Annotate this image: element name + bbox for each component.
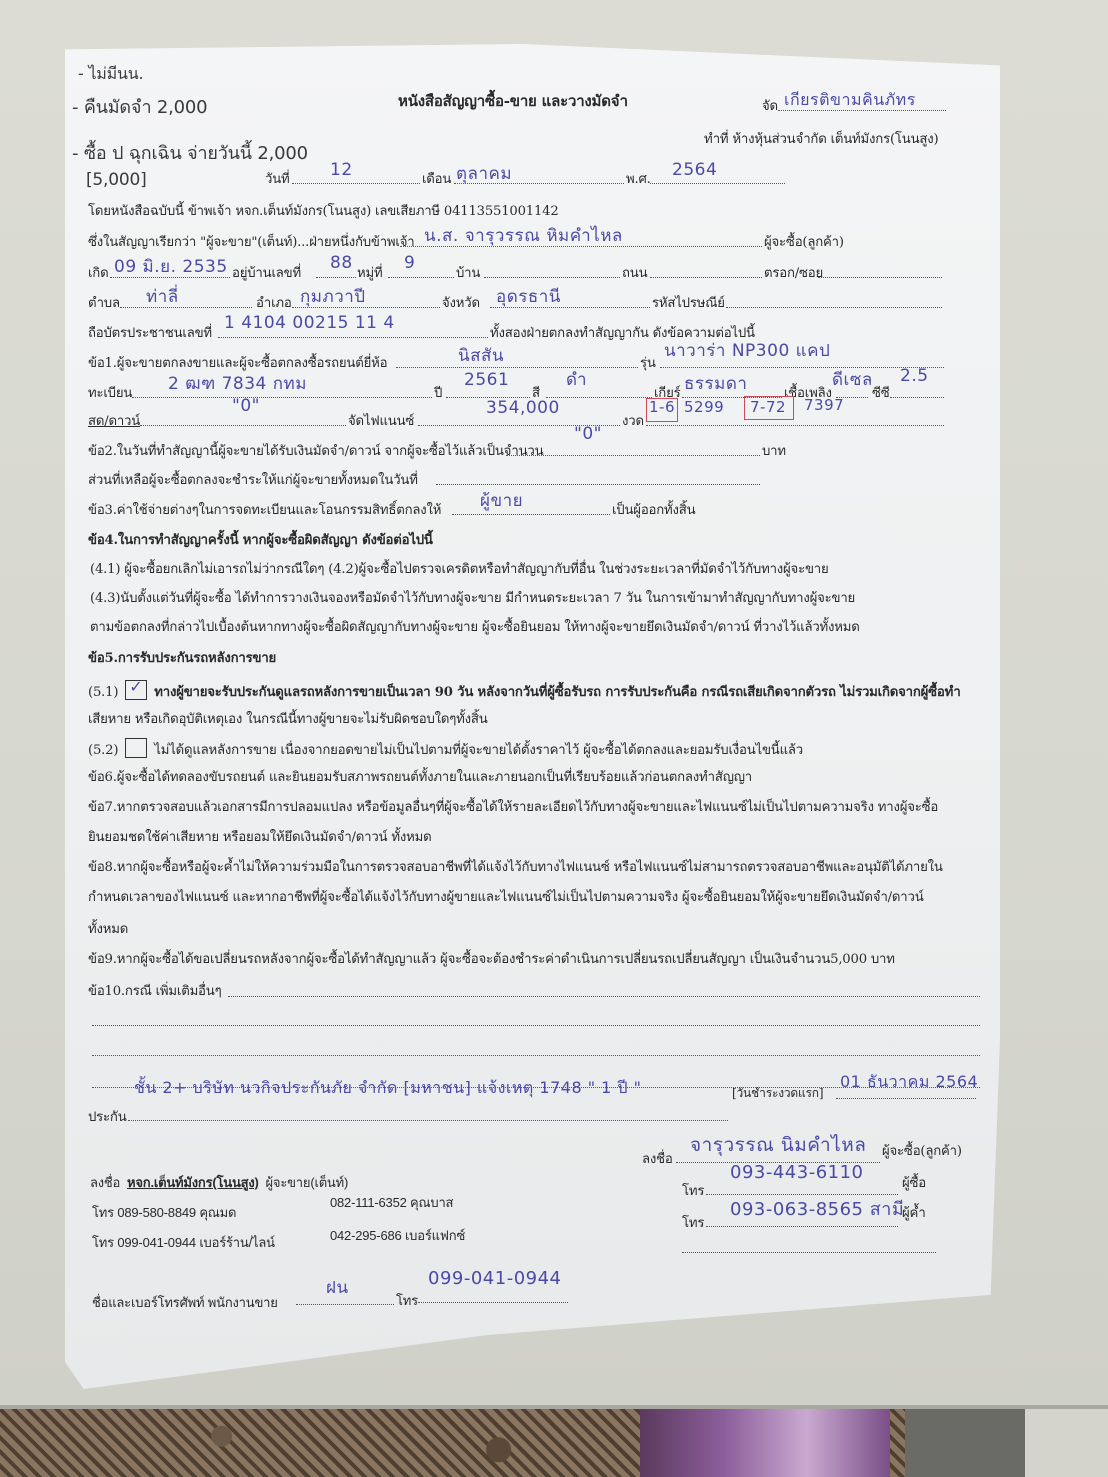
dotted-line [650, 183, 785, 184]
buyer-signature: จารุวรรณ นิมคำไหล [690, 1130, 866, 1160]
dotted-line [120, 307, 252, 308]
dotted-line [452, 514, 610, 515]
seller-sign: ลงชื่อ หจก.เต็นท์มังกร(โนนสูง) ผู้จะขาย(… [90, 1172, 348, 1193]
dotted-line [388, 277, 454, 278]
province-value: อุดรธานี [496, 283, 561, 310]
wall [1025, 1409, 1108, 1477]
seller-sign-label: ลงชื่อ [90, 1175, 120, 1190]
car-year: 2561 [464, 370, 509, 390]
installment-amount: 5299 [684, 398, 724, 416]
dotted-line [726, 307, 942, 308]
buyer-role: ผู้จะซื้อ(ลูกค้า) [764, 231, 844, 252]
table-leg [905, 1409, 1025, 1477]
clause3-suffix: เป็นผู้ออกทั้งสิ้น [612, 499, 695, 520]
margin-note: - คืนมัดจำ 2,000 [72, 92, 207, 121]
id-value: 1 4104 00215 11 4 [224, 313, 395, 333]
dotted-line [316, 277, 356, 278]
installment-amount: 7397 [804, 396, 844, 414]
seller-phone: โทร 099-041-0944 เบอร์ร้าน/ไลน์ [92, 1232, 275, 1253]
installment-label: งวด [622, 410, 644, 431]
clause8-line: กำหนดเวลาของไฟแนนซ์ และหากอาชีพที่ผู้จะซ… [88, 886, 924, 907]
model-label: รุ่น [640, 352, 656, 373]
buyer-tel-role: ผู้ซื้อ [902, 1172, 926, 1193]
margin-note: - ซื้อ ป ฉุกเฉิน จ่ายวันนี้ 2,000 [72, 138, 308, 167]
tel-label: โทร [682, 1180, 704, 1201]
buyer-sign-label: ลงชื่อ [642, 1148, 673, 1169]
seller-fax: 042-295-686 เบอร์แฟกซ์ [330, 1225, 465, 1246]
cc-label: ซีซี [872, 382, 890, 403]
postal-label: รหัสไปรษณีย์ [652, 292, 725, 313]
month-label: เดือน [422, 168, 451, 189]
clause2-line: ข้อ2.ในวันที่ทำสัญญานี้ผู้จะขายได้รับเงิ… [88, 440, 543, 461]
clause10: ข้อ10.กรณี เพิ่มเติมอื่นๆ [88, 980, 221, 1001]
id-label: ถือบัตรประชาชนเลขที่ [88, 322, 212, 343]
salesperson-label: ชื่อและเบอร์โทรศัพท์ พนักงานขาย [92, 1292, 278, 1313]
dotted-line [682, 1252, 936, 1253]
first-due-label: [วันชำระงวดแรก] [732, 1084, 823, 1103]
clause7-line: ข้อ7.หากตรวจสอบแล้วเอกสารมีการปลอมแปลง ห… [88, 796, 938, 817]
warranty-90-days-checkbox[interactable]: ✓ [125, 680, 147, 700]
seller-phone: 082-111-6352 คุณบาส [330, 1192, 453, 1213]
birth-label: เกิด [88, 262, 108, 283]
birth-value: 09 มิ.ย. 2535 [114, 253, 228, 280]
dotted-line [818, 277, 942, 278]
dotted-line [292, 183, 420, 184]
house-value: 88 [330, 253, 353, 273]
dotted-line [92, 1055, 980, 1056]
dotted-line [484, 277, 620, 278]
province-label: จังหวัด [442, 292, 480, 313]
seller-role: ผู้จะขาย(เต็นท์) [266, 1175, 349, 1190]
clause7-line: ยินยอมชดใช้ค่าเสียหาย หรือยอมให้ยึดเงินม… [88, 826, 431, 847]
dotted-line [890, 397, 944, 398]
tel-label: โทร [682, 1212, 704, 1233]
reg-label: ทะเบียน [88, 382, 132, 403]
tambon-value: ท่าลี่ [146, 283, 179, 310]
car-model: นาวาร่า NP300 แคป [664, 337, 830, 364]
car-gear: ธรรมดา [684, 370, 747, 397]
intro-line: ซึ่งในสัญญาเรียกว่า "ผู้จะขาย"(เต็นท์)..… [88, 231, 414, 252]
road-label: ถนน [622, 262, 647, 283]
moo-label: หมู่ที่ [357, 262, 382, 283]
village-label: บ้าน [456, 262, 480, 283]
amphoe-label: อำเภอ [256, 292, 292, 313]
dotted-line [140, 425, 346, 426]
option-label: (5.2) [88, 743, 118, 758]
dotted-line [92, 1025, 980, 1026]
down-label: สด/ดาวน์ [88, 410, 140, 431]
no-warranty-checkbox[interactable] [125, 738, 147, 758]
clause4-line: (4.1) ผู้จะซื้อยกเลิกไม่เอารถไม่ว่ากรณีใ… [90, 558, 829, 579]
day-label: วันที่ [265, 168, 290, 189]
year-label: พ.ศ. [626, 168, 651, 189]
car-brand: นิสสัน [458, 342, 504, 369]
finance-label: จัดไฟแนนซ์ [348, 410, 414, 431]
document-title: หนังสือสัญญาซื้อ-ขาย และวางมัดจำ [398, 89, 628, 113]
guarantor-tel-role: ผู้ค้ำ [902, 1202, 926, 1223]
dotted-line [646, 425, 944, 426]
option-label: (5.1) [88, 685, 118, 700]
dotted-line [218, 337, 488, 338]
clause5-option-2: (5.2) ไม่ได้ดูแลหลังการขาย เนื่องจากยอดข… [88, 738, 803, 760]
tambon-label: ตำบล [88, 292, 120, 313]
salesperson-tel-label: โทร [396, 1290, 418, 1311]
seller-name: หจก.เต็นท์มังกร(โนนสูง) [127, 1175, 259, 1190]
clause3-value: ผู้ขาย [480, 487, 523, 514]
clause8-line: ทั้งหมด [88, 918, 128, 939]
dotted-line [132, 397, 432, 398]
seller-phone: โทร 089-580-8849 คุณมด [92, 1202, 236, 1223]
salesperson-tel: 099-041-0944 [428, 1268, 562, 1289]
floor-background [0, 1409, 1108, 1477]
made-at-value: เกียรติขามคินภัทร [784, 88, 916, 113]
dotted-line [128, 1120, 728, 1121]
clause2-line: ส่วนที่เหลือผู้จะซื้อตกลงจะชำระให้แก่ผู้… [88, 469, 418, 490]
dotted-line [506, 455, 760, 456]
year-label: ปี [434, 382, 442, 403]
insurance-label: ประกัน [88, 1106, 127, 1127]
clause5-title: ข้อ5.การรับประกันรถหลังการขาย [88, 647, 276, 668]
guarantor-tel: 093-063-8565 สามี [730, 1194, 904, 1223]
clause3-prefix: ข้อ3.ค่าใช้จ่ายต่างๆในการจดทะเบียนและโอน… [88, 499, 441, 520]
dotted-line [706, 1226, 898, 1227]
dotted-line [436, 484, 760, 485]
dotted-line [650, 277, 762, 278]
dotted-line [418, 1302, 568, 1303]
buyer-tel: 093-443-6110 [730, 1162, 864, 1183]
dotted-line [546, 397, 652, 398]
car-cc: 2.5 [900, 366, 929, 386]
clause9: ข้อ9.หากผู้จะซื้อได้ขอเปลี่ยนรถหลังจากผู… [88, 948, 895, 969]
option-text: ทางผู้ขายจะรับประกันดูแลรถหลังการขายเป็น… [154, 685, 960, 700]
clause4-line: ตามข้อตกลงที่กล่าวไปเบื้องต้นหากทางผู้จะ… [90, 616, 860, 637]
deposit-value: "0" [574, 424, 602, 444]
made-at-label: จัด [762, 95, 778, 116]
installment-range: 7-72 [750, 398, 786, 416]
place: ทำที่ ห้างหุ้นส่วนจำกัด เต็นท์มังกร(โนนส… [704, 128, 938, 149]
dotted-line [396, 367, 638, 368]
intro-line: โดยหนังสือฉบับนี้ ข้าพเจ้า หจก.เต็นท์มัง… [88, 200, 559, 221]
house-label: อยู่บ้านเลขที่ [232, 262, 301, 283]
margin-note: - ไม่มีนน. [78, 62, 143, 87]
car-color: ดำ [566, 366, 587, 393]
clause4-title: ข้อ4.ในการทำสัญญาครั้งนี้ หากผู้จะซื้อผิ… [88, 529, 433, 550]
clause5-option-1: (5.1) ✓ ทางผู้ขายจะรับประกันดูแลรถหลังกา… [88, 680, 961, 702]
insurance-value: ชั้น 2+ บริษัท นวกิจประกันภัย จำกัด [มหา… [134, 1076, 642, 1101]
check-icon: ✓ [129, 677, 142, 696]
soi-label: ตรอก/ซอย [764, 262, 823, 283]
installment-range: 1-6 [649, 398, 675, 416]
dotted-line [228, 996, 980, 997]
buyer-name: น.ส. จารุวรรณ หิมคำไหล [424, 222, 623, 249]
clause4-line: (4.3)นับตั้งแต่วันที่ผู้จะซื้อ ได้ทำการว… [90, 587, 855, 608]
year-value: 2564 [672, 160, 717, 180]
month-value: ตุลาคม [456, 160, 512, 187]
margin-note: [5,000] [86, 170, 147, 190]
dotted-line [836, 1098, 976, 1099]
moo-value: 9 [404, 253, 415, 273]
clause8-line: ข้อ8.หากผู้จะซื้อหรือผู้จะค้ำไม่ให้ความร… [88, 856, 943, 877]
car-fuel: ดีเซล [832, 366, 873, 393]
first-due-value: 01 ธันวาคม 2564 [840, 1070, 978, 1095]
option-text: ไม่ได้ดูแลหลังการขาย เนื่องจากยอดขายไม่เ… [154, 743, 803, 758]
finance-value: 354,000 [486, 398, 560, 418]
car-registration: 2 ฒฑ 7834 กทม [168, 370, 307, 397]
day-value: 12 [330, 160, 353, 180]
currency: บาท [762, 440, 786, 461]
amphoe-value: กุมภวาปี [300, 283, 366, 310]
salesperson-name: ฝน [326, 1274, 349, 1301]
dotted-line [296, 1304, 394, 1305]
clause6: ข้อ6.ผู้จะซื้อได้ทดลองขับรถยนต์ และยินยอ… [88, 766, 752, 787]
buyer-sign-role: ผู้จะซื้อ(ลูกค้า) [882, 1140, 962, 1161]
down-value: "0" [232, 396, 260, 416]
clause5-line: เสียหาย หรือเกิดอุบัติเหตุเอง ในกรณีนี้ท… [88, 708, 488, 729]
fabric [640, 1409, 890, 1477]
